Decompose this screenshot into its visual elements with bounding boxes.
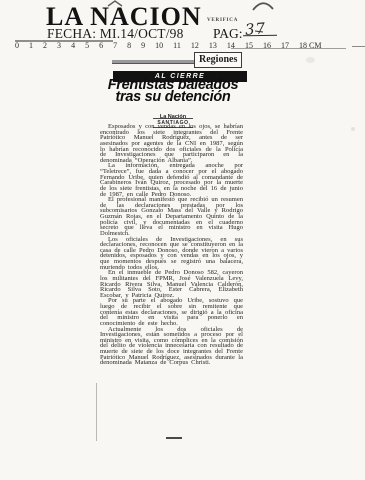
ruler-number: 12 [191,41,199,50]
article-paragraph: El profesional manifestó que recibió un … [100,197,243,236]
column-rule-fragment [96,383,97,441]
ruler-line-right [231,48,346,49]
ruler-number: 6 [99,41,103,50]
pag-underline-mark [243,35,277,37]
scanned-newspaper-clipping: LA NACION VERIFICA FECHA: MI.14/OCT/98 P… [0,0,365,480]
end-of-article-dash [166,437,182,439]
section-rule-line [112,60,194,64]
section-label: Regiones [194,52,242,68]
verifica-stamp-label: VERIFICA [207,18,238,23]
pag-stamp: PAG: [213,26,243,42]
ruler-number: 13 [209,41,217,50]
ruler-number: 2 [43,41,47,50]
ruler-line-end [352,46,365,47]
article-paragraph: Los oficiales de Investigaciones, en sus… [100,237,243,271]
scan-smudge [306,57,315,63]
fecha-value: MI.14/OCT/98 [100,26,184,41]
ruler-number: 11 [173,41,181,50]
article-paragraph: Por su parte el abogado Uribe, sostuvo q… [100,298,243,326]
headline-line-2: tras su detención [97,92,249,104]
article-paragraph: En el inmueble de Pedro Donoso 582, caye… [100,270,243,298]
ruler-number: 3 [57,41,61,50]
ruler-number: 7 [113,41,117,50]
fecha-label: FECHA: [47,26,96,41]
ruler-number: 5 [85,41,89,50]
article-body: Esposados y con vendas en los ojos, se h… [100,124,243,366]
pag-label: PAG: [213,26,243,41]
ruler-number: 0 [15,41,19,50]
article-paragraph: Esposados y con vendas en los ojos, se h… [100,124,243,163]
article-paragraph: La información, entregada anoche por “Te… [100,163,243,197]
ruler-number: 10 [155,41,163,50]
article-headline: Frentistas baleados tras su detención [97,80,249,103]
scan-plus-mark: + [235,180,238,186]
ruler-number: 9 [141,41,145,50]
ruler-number: 8 [127,41,131,50]
ruler-number: 1 [29,41,33,50]
article-paragraph: Actualmente los dos oficiales de Investi… [100,327,243,366]
scan-smudge [351,127,355,131]
ruler-number: 4 [71,41,75,50]
